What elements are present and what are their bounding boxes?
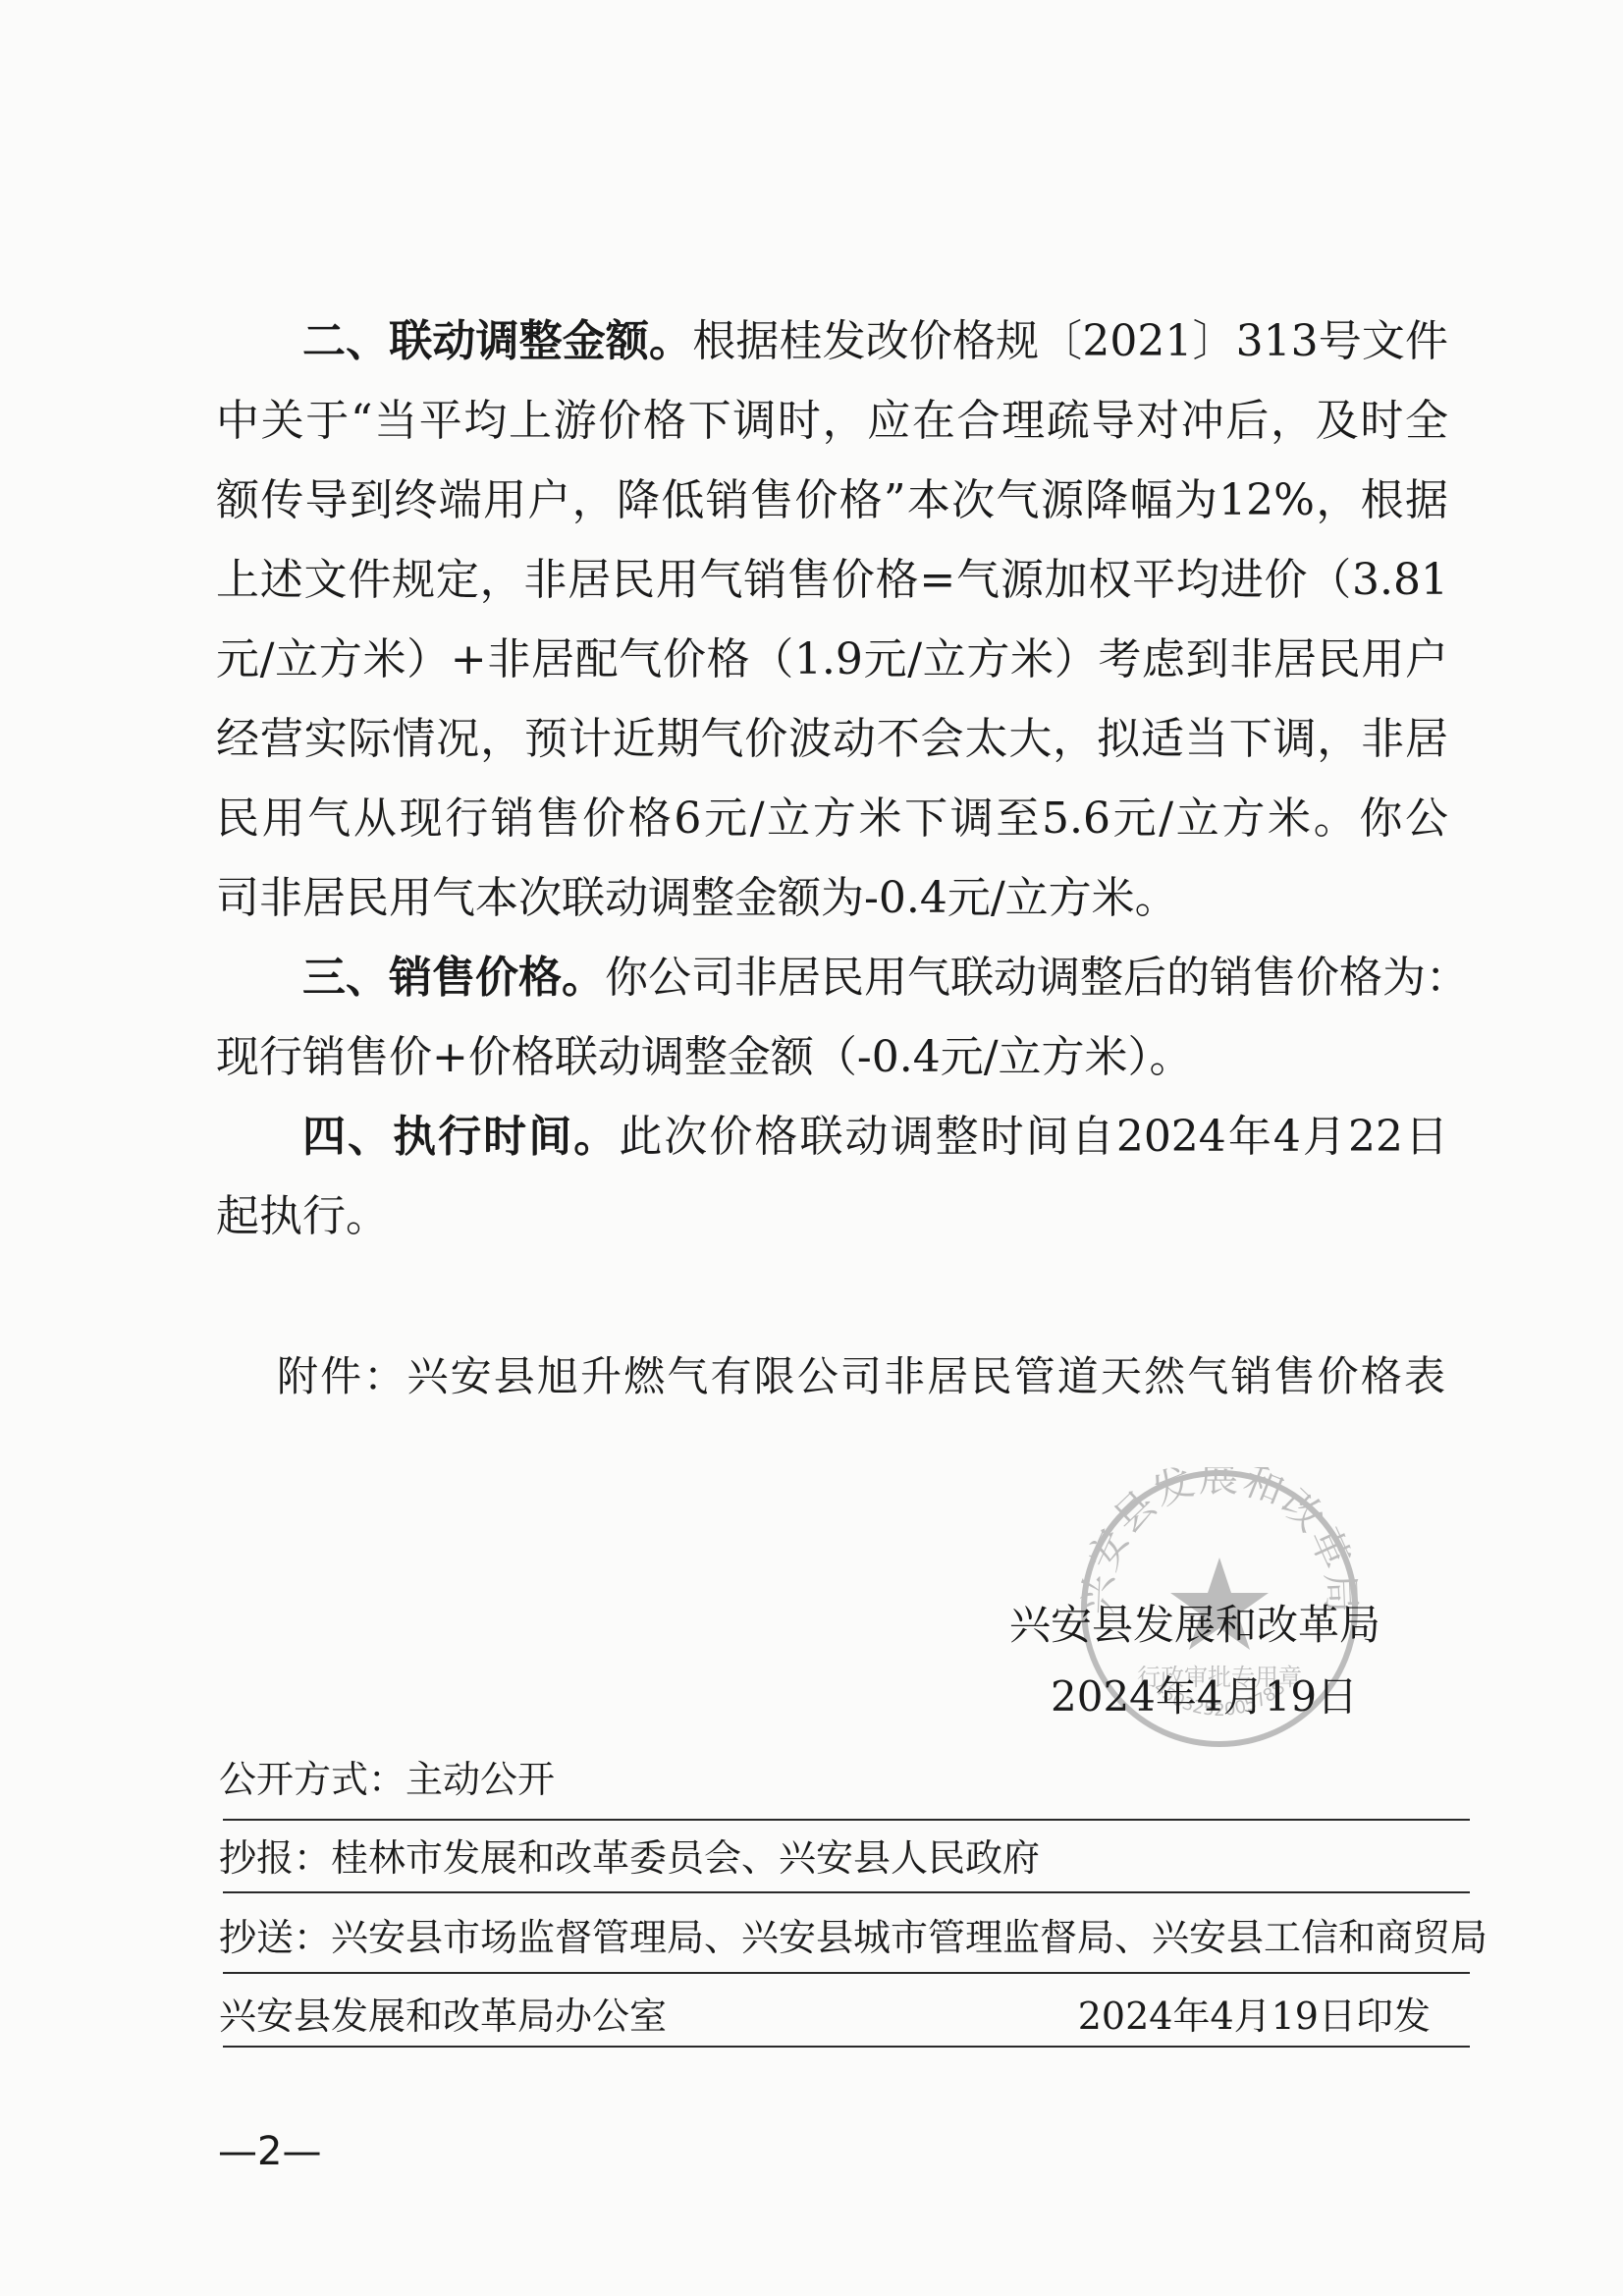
section-4-line-1: 四、执行时间。此次价格联动调整时间自2024年4月22日 xyxy=(302,1108,1448,1167)
footer-divider xyxy=(223,1972,1470,1974)
signature-date: 2024年4月19日 xyxy=(1051,1667,1357,1726)
section-3-text: 你公司非居民用气联动调整后的销售价格为： xyxy=(605,953,1469,1003)
section-2-line-5: 元/立方米）+非居配气价格（1.9元/立方米）考虑到非居民用户 xyxy=(216,630,1448,689)
footer-divider xyxy=(223,1891,1470,1893)
issuing-office: 兴安县发展和改革局办公室 xyxy=(219,1992,667,2041)
section-4-heading: 四、执行时间。 xyxy=(302,1112,619,1162)
issue-date: 2024年4月19日印发 xyxy=(1078,1992,1431,2041)
footer-divider xyxy=(223,2046,1470,2048)
section-2-line-8: 司非居民用气本次联动调整金额为-0.4元/立方米。 xyxy=(216,869,1448,928)
section-3-line-1: 三、销售价格。你公司非居民用气联动调整后的销售价格为： xyxy=(302,949,1448,1008)
disclosure-method: 公开方式：主动公开 xyxy=(219,1755,555,1804)
section-4-line-2: 起执行。 xyxy=(216,1187,1448,1246)
section-2-line-3: 额传导到终端用户，降低销售价格”本次气源降幅为12%，根据 xyxy=(216,471,1448,530)
signature-organization: 兴安县发展和改革局 xyxy=(1009,1596,1380,1655)
report-to: 抄报：桂林市发展和改革委员会、兴安县人民政府 xyxy=(219,1833,1040,1883)
section-3-heading: 三、销售价格。 xyxy=(302,953,605,1003)
section-2-line-4: 上述文件规定，非居民用气销售价格=气源加权平均进价（3.81 xyxy=(216,551,1448,610)
footer-divider xyxy=(223,1819,1470,1821)
page-number: —2— xyxy=(218,2127,321,2176)
copy-to: 抄送：兴安县市场监督管理局、兴安县城市管理监督局、兴安县工信和商贸局 xyxy=(219,1913,1488,1962)
attachment-note: 附件：兴安县旭升燃气有限公司非居民管道天然气销售价格表 xyxy=(277,1347,1445,1406)
document-page: 二、联动调整金额。根据桂发改价格规〔2021〕313号文件 中关于“当平均上游价… xyxy=(0,0,1623,2296)
section-2-heading: 二、联动调整金额。 xyxy=(302,316,692,366)
section-2-line-1: 二、联动调整金额。根据桂发改价格规〔2021〕313号文件 xyxy=(302,312,1448,371)
section-2-line-7: 民用气从现行销售价格6元/立方米下调至5.6元/立方米。你公 xyxy=(216,790,1448,848)
section-2-line-2: 中关于“当平均上游价格下调时，应在合理疏导对冲后，及时全 xyxy=(216,392,1448,451)
section-2-text: 根据桂发改价格规〔2021〕313号文件 xyxy=(692,316,1448,366)
section-2-line-6: 经营实际情况，预计近期气价波动不会太大，拟适当下调，非居 xyxy=(216,710,1448,769)
section-4-text: 此次价格联动调整时间自2024年4月22日 xyxy=(619,1112,1448,1162)
section-3-line-2: 现行销售价+价格联动调整金额（-0.4元/立方米）。 xyxy=(216,1028,1448,1087)
